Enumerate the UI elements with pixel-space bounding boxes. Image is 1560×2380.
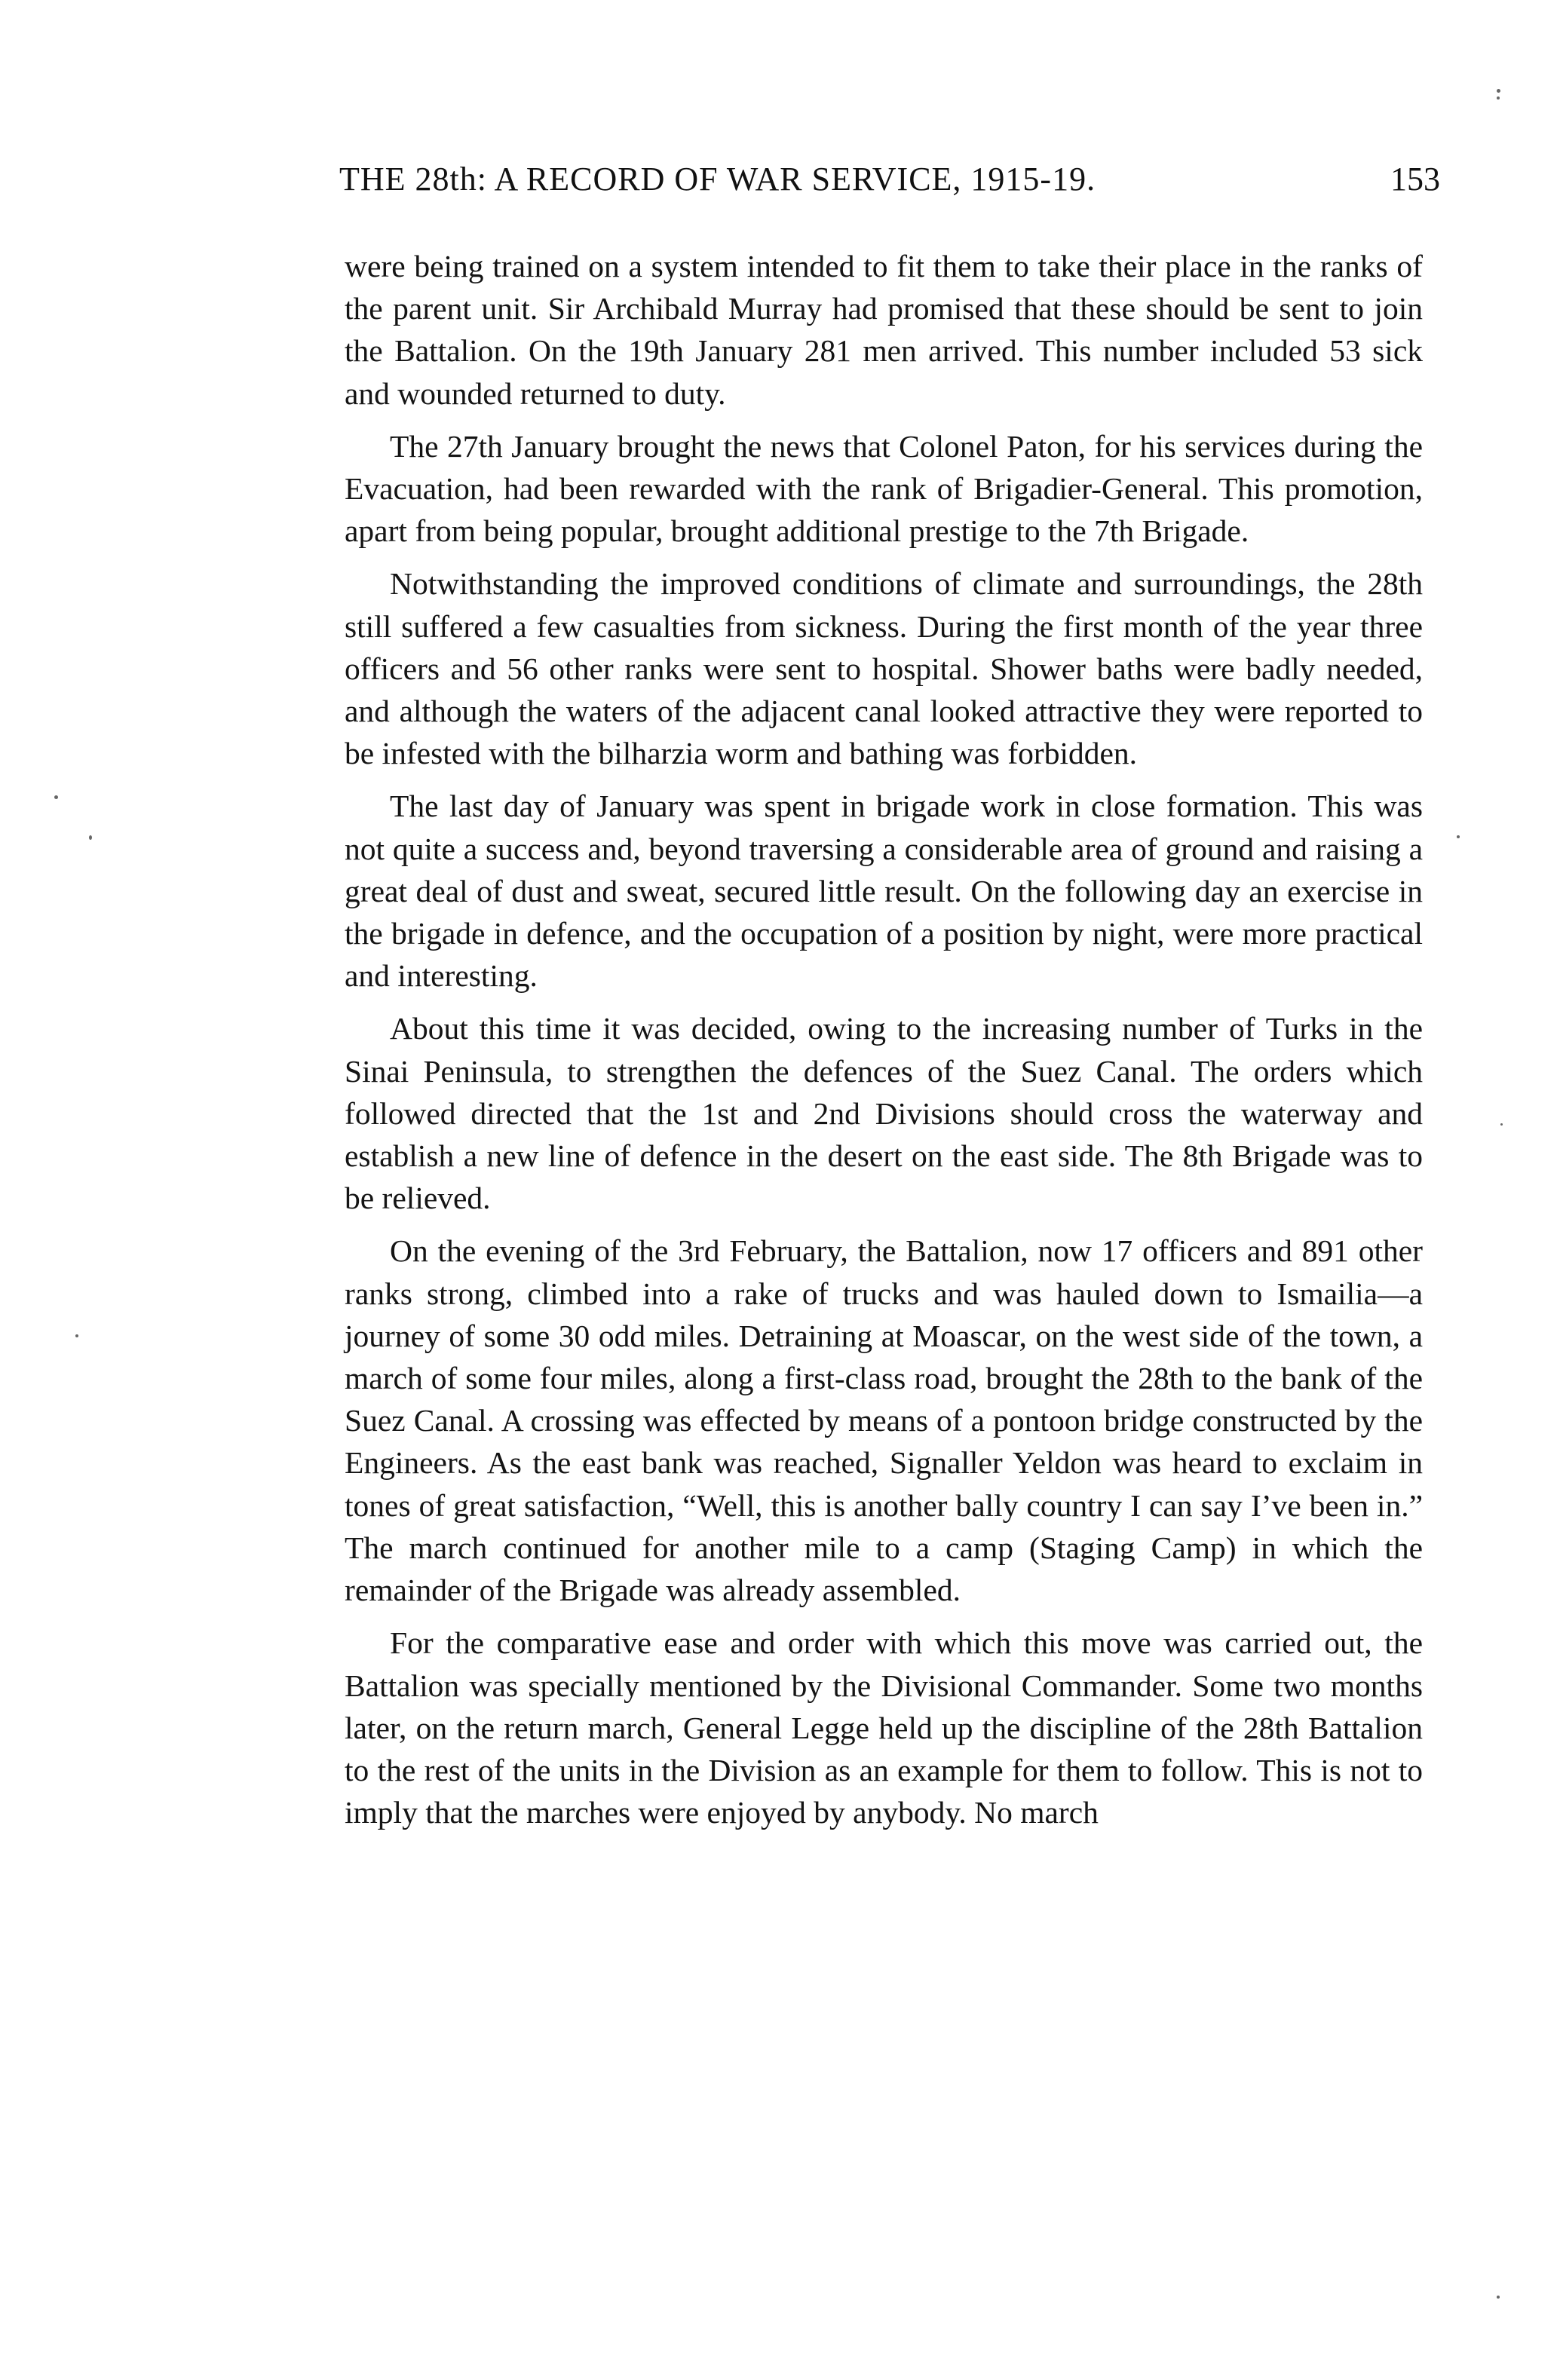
scan-speck — [1497, 2296, 1500, 2299]
scan-speck — [1497, 89, 1500, 93]
paragraph-divisional-mention: For the comparative ease and order with … — [345, 1622, 1423, 1833]
paragraph-paton-promotion: The 27th January brought the news that C… — [345, 425, 1423, 553]
scan-speck — [89, 835, 92, 840]
scan-speck — [75, 1334, 78, 1337]
paragraph-brigade-work: The last day of January was spent in bri… — [345, 785, 1423, 997]
running-title: THE 28th: A RECORD OF WAR SERVICE, 1915-… — [339, 160, 1096, 198]
paragraph-suez-defences: About this time it was decided, owing to… — [345, 1007, 1423, 1219]
body-text: were being trained on a system intended … — [345, 245, 1423, 1833]
paragraph-sickness: Notwithstanding the improved conditions … — [345, 562, 1423, 774]
scan-speck — [1497, 96, 1500, 100]
paragraph-continuation: were being trained on a system intended … — [345, 245, 1423, 415]
paragraph-ismailia-march: On the evening of the 3rd February, the … — [345, 1230, 1423, 1611]
scan-speck — [54, 795, 58, 799]
book-page: THE 28th: A RECORD OF WAR SERVICE, 1915-… — [0, 0, 1560, 2380]
page-number: 153 — [1390, 160, 1440, 198]
page-header: THE 28th: A RECORD OF WAR SERVICE, 1915-… — [339, 160, 1440, 198]
scan-speck — [1457, 835, 1460, 838]
scan-speck — [1500, 1123, 1503, 1126]
